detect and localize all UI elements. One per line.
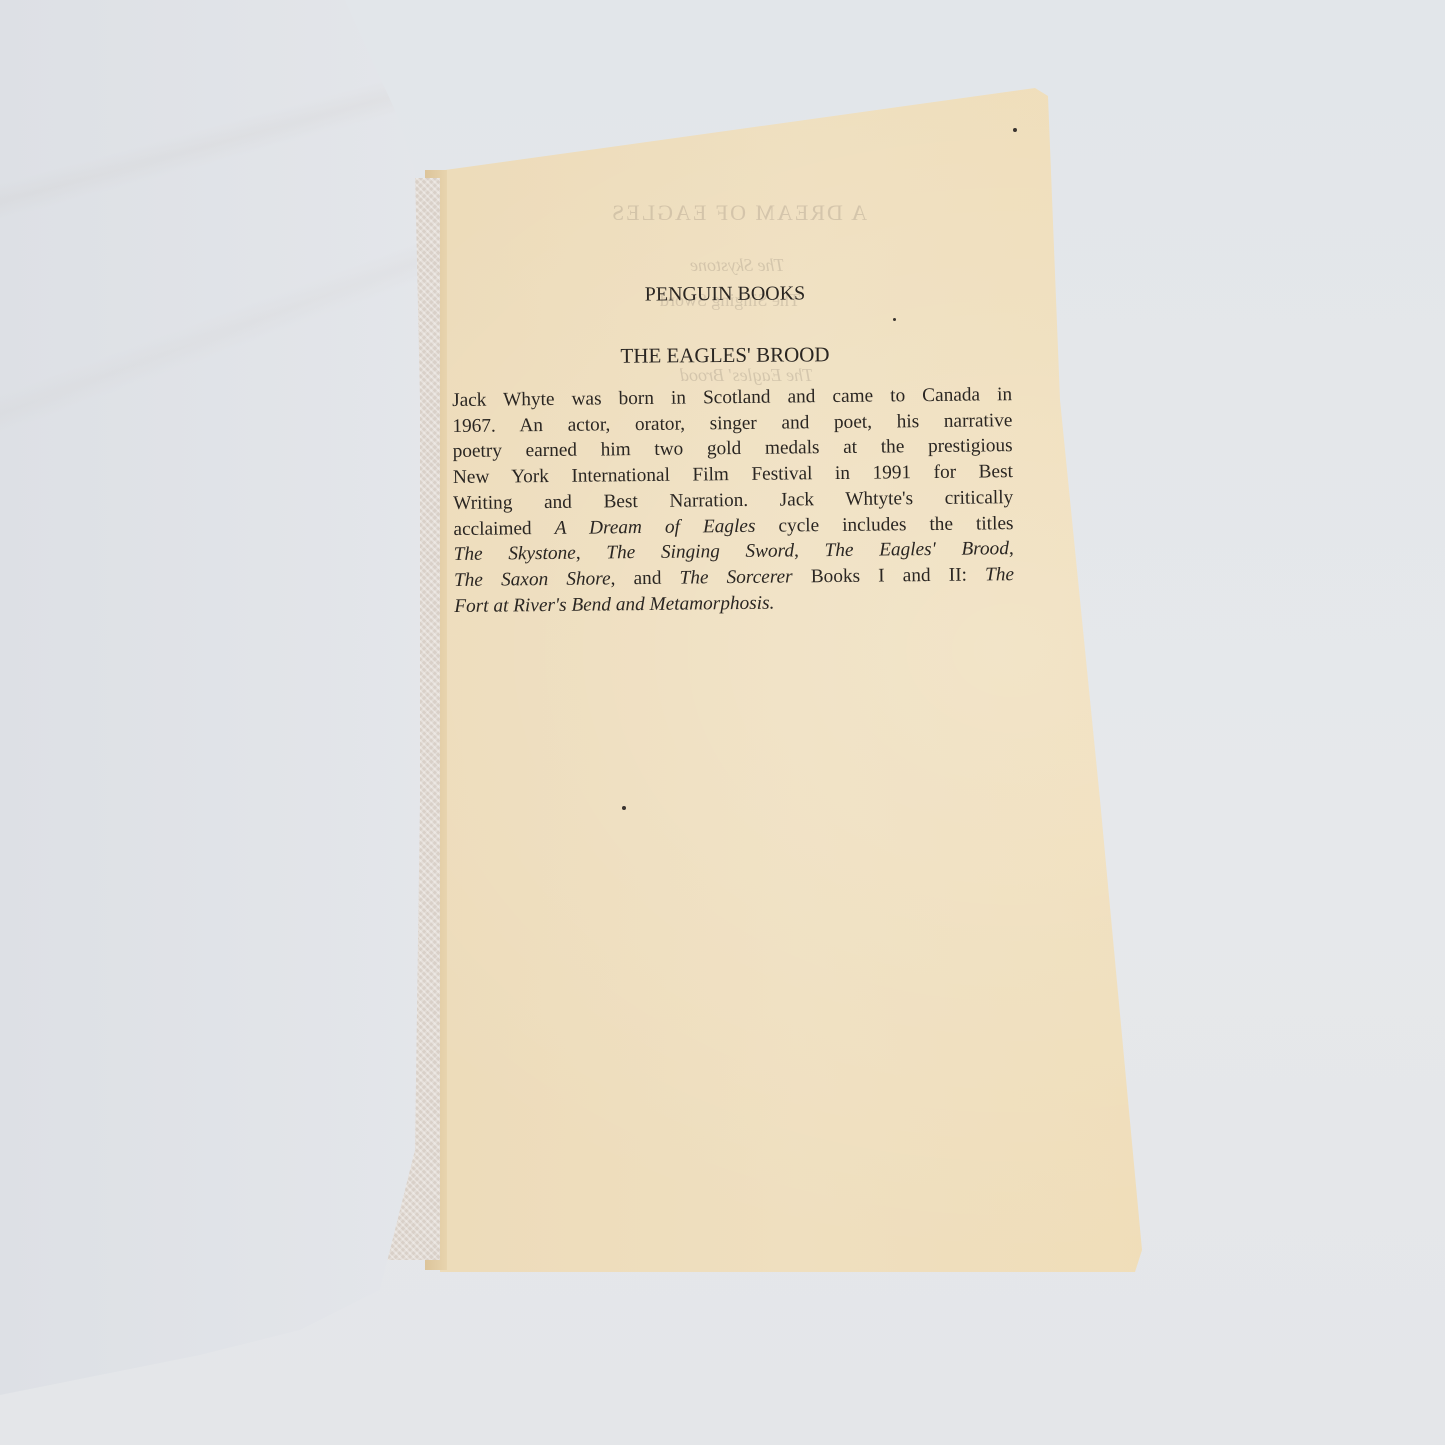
- book-title-italic: The Saxon Shore: [454, 568, 611, 591]
- book-title-italic: The Skystone: [454, 543, 576, 565]
- series-title-italic: A Dream of Eagles: [555, 515, 756, 538]
- bio-text: cycle includes the titles: [755, 513, 1013, 537]
- bio-text: ,: [576, 543, 607, 564]
- show-through-item: The Skystone: [690, 255, 784, 276]
- bio-text: acclaimed: [453, 517, 554, 539]
- bio-text: ,: [794, 540, 825, 561]
- book-title-italic: The Singing Sword: [606, 541, 794, 564]
- paper-speck: [622, 806, 626, 810]
- photo-scene: A DREAM OF EAGLES The Skystone The Singi…: [0, 0, 1445, 1445]
- paper-speck: [1013, 128, 1017, 132]
- bio-text: , and: [610, 568, 679, 590]
- publisher-heading: PENGUIN BOOKS: [595, 282, 855, 307]
- book-title-heading: THE EAGLES' BROOD: [595, 342, 855, 369]
- book-title-italic: The: [985, 564, 1014, 585]
- book-title-italic: Fort at River's Bend and Metamorphosis.: [454, 592, 774, 616]
- paper-speck: [893, 318, 896, 321]
- bio-text: Books I and II:: [793, 564, 986, 587]
- author-bio: Jack Whyte was born in Scotland and came…: [452, 382, 1014, 619]
- book-title-italic: The Eagles' Brood: [824, 538, 1009, 561]
- book-title-italic: The Sorcerer: [679, 566, 792, 588]
- bio-text: ,: [1009, 538, 1014, 559]
- show-through-series-title: A DREAM OF EAGLES: [610, 200, 867, 226]
